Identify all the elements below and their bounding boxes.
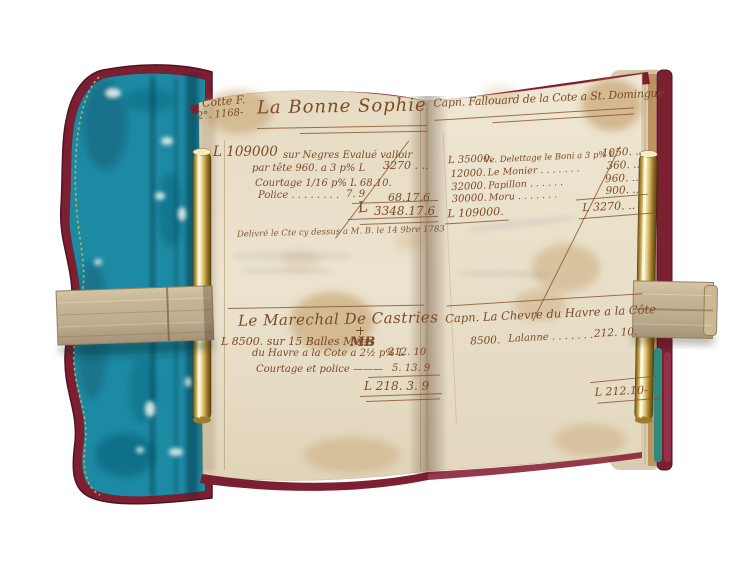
s2-line2-value: 212. 10 xyxy=(388,348,426,358)
right-s2-total: L 212.10- xyxy=(594,384,647,397)
row-name: Le Monier . . . . . . . xyxy=(487,164,579,178)
s2-total-overline xyxy=(590,375,658,383)
s2-row-amount: 8500. xyxy=(470,335,501,347)
ink-bleed-through xyxy=(459,271,549,278)
fold-crease xyxy=(150,76,155,496)
gutter-rule-1 xyxy=(420,102,421,470)
row-name: Ve. Delettage le Boni a 3 p% L xyxy=(484,151,615,165)
s1-total: 3348.17.6 xyxy=(374,205,435,217)
gutter-rule-2 xyxy=(426,102,427,470)
right-page-text: Capn. Fallouard de la Cote a St. Domingu… xyxy=(430,64,664,483)
s2-row-name: Lalanne . . . . . . . xyxy=(508,331,593,345)
s2-title: Le Marechal De Castries xyxy=(238,310,439,328)
right-s2-title: Capn. La Chevre du Havre a la Côte xyxy=(445,304,656,325)
s2-line3: Courtage et police ——— xyxy=(256,365,383,375)
fold-crease-2 xyxy=(174,78,178,494)
strap-left xyxy=(56,286,214,357)
s1-line4: Police . . . . . . . . xyxy=(258,191,339,201)
ledger-photo: Cotte F. 2°. 1168- La Bonne Sophie L 109… xyxy=(0,0,750,572)
s2-line2: du Havre a la Cote a 2½ p% L xyxy=(252,349,405,359)
row-value: 1050. .. xyxy=(602,146,643,158)
s2-total-underline-right xyxy=(597,398,659,404)
ink-bleed-through xyxy=(232,252,352,260)
s1-amount: L 109000 xyxy=(213,146,278,160)
front-cover-flap xyxy=(61,65,212,504)
ink-bleed-through xyxy=(242,268,332,274)
s2-total: L 218. 3. 9 xyxy=(364,380,429,392)
row-name: Moru . . . . . . . xyxy=(489,190,558,203)
left-page-title: La Bonne Sophie xyxy=(257,97,427,118)
crimson-edge-band xyxy=(664,352,671,462)
s1-line2: par tête 960. a 3 p% L xyxy=(252,164,365,174)
s2-line3-value: 5. 13. 9 xyxy=(392,364,430,374)
row-amount: 30000. xyxy=(452,194,487,206)
row-amount: 12000. xyxy=(450,169,485,181)
left-margin-rule xyxy=(224,140,225,470)
s1-total-amount: L 109000. xyxy=(447,206,504,220)
s2-row-value: 212. 10. xyxy=(594,327,638,339)
merchant-mark-glyph xyxy=(360,327,361,335)
s1-line3: Courtage 1/16 p% L 68.10. xyxy=(255,179,392,189)
row-amount: 32000. xyxy=(451,182,486,194)
right-page-title: Capn. Fallouard de la Cote a St. Domingu… xyxy=(433,87,664,108)
